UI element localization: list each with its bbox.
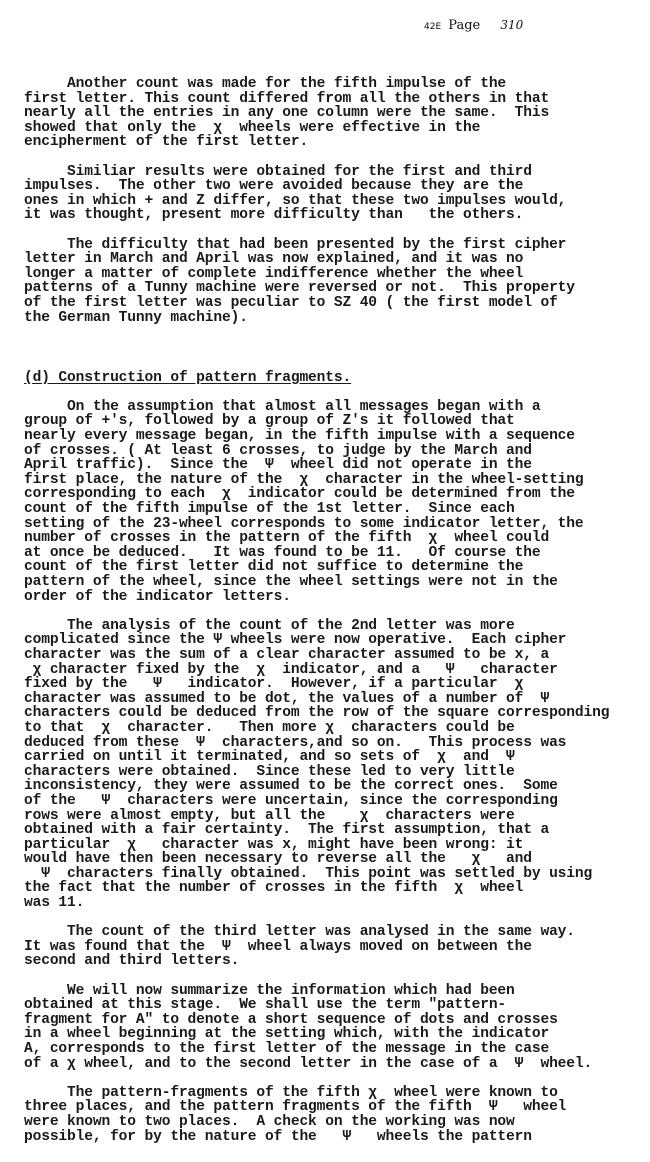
section-paragraphs: On the assumption that almost all messag… (24, 400, 644, 1144)
text-line: character was the sum of a clear charact… (24, 648, 644, 663)
document-reference: 42E (424, 22, 441, 32)
text-line: the German Tunny machine). (24, 311, 644, 326)
text-line: ones in which + and Z differ, so that th… (24, 194, 644, 209)
text-line: it was thought, present more difficulty … (24, 208, 644, 223)
paragraph: On the assumption that almost all messag… (24, 400, 644, 604)
paragraph: Another count was made for the fifth imp… (24, 77, 644, 150)
text-line: at once be deduced. It was found to be 1… (24, 546, 644, 561)
text-line: The count of the third letter was analys… (24, 925, 644, 940)
text-line: showed that only the χ wheels were effec… (24, 121, 644, 136)
text-line: order of the indicator letters. (24, 590, 644, 605)
text-line: of the first letter was peculiar to SZ 4… (24, 296, 644, 311)
page-number: 310 (500, 18, 523, 32)
text-line: patterns of a Tunny machine were reverse… (24, 281, 644, 296)
text-line: would have then been necessary to revers… (24, 852, 644, 867)
paragraph: Similiar results were obtained for the f… (24, 165, 644, 223)
text-line: corresponding to each χ indicator could … (24, 487, 644, 502)
text-line: pattern of the wheel, since the wheel se… (24, 575, 644, 590)
text-line: count of the fifth impulse of the 1st le… (24, 502, 644, 517)
text-line: Ψ characters finally obtained. This poin… (24, 867, 644, 882)
text-line: We will now summarize the information wh… (24, 984, 644, 999)
text-line: inconsistency, they were assumed to be t… (24, 779, 644, 794)
text-line: of a χ wheel, and to the second letter i… (24, 1057, 644, 1072)
intro-paragraphs: Another count was made for the fifth imp… (24, 77, 644, 325)
text-line: fragment for A" to denote a short sequen… (24, 1013, 644, 1028)
paragraph: The analysis of the count of the 2nd let… (24, 619, 644, 911)
text-line: It was found that the Ψ wheel always mov… (24, 940, 644, 955)
text-line: Similiar results were obtained for the f… (24, 165, 644, 180)
section-heading: (d) Construction of pattern fragments. (24, 371, 644, 386)
text-line: encipherment of the first letter. (24, 135, 644, 150)
page-label: Page (448, 18, 480, 33)
text-line: The pattern-fragments of the fifth χ whe… (24, 1086, 644, 1101)
text-line: characters could be deduced from the row… (24, 706, 644, 721)
text-line: carried on until it terminated, and so s… (24, 750, 644, 765)
text-line: On the assumption that almost all messag… (24, 400, 644, 415)
text-line: fixed by the Ψ indicator. However, if a … (24, 677, 644, 692)
text-line: nearly every message began, in the fifth… (24, 429, 644, 444)
page-header: 42E Page 310 (424, 18, 523, 33)
text-line: deduced from these Ψ characters,and so o… (24, 736, 644, 751)
text-line: of the Ψ characters were uncertain, sinc… (24, 794, 644, 809)
text-line: group of +'s, followed by a group of Z's… (24, 414, 644, 429)
text-line: Another count was made for the fifth imp… (24, 77, 644, 92)
text-line: first letter. This count differed from a… (24, 92, 644, 107)
text-line: The difficulty that had been presented b… (24, 238, 644, 253)
text-line: April traffic). Since the Ψ wheel did no… (24, 458, 644, 473)
text-line: setting of the 23-wheel corresponds to s… (24, 517, 644, 532)
text-line: obtained at this stage. We shall use the… (24, 998, 644, 1013)
text-line: of crosses. ( At least 6 crosses, to jud… (24, 444, 644, 459)
text-line: particular χ character was x, might have… (24, 838, 644, 853)
text-line: to that χ character. Then more χ charact… (24, 721, 644, 736)
paragraph: The difficulty that had been presented b… (24, 238, 644, 326)
text-line: second and third letters. (24, 954, 644, 969)
text-line: count of the first letter did not suffic… (24, 560, 644, 575)
text-line: complicated since the Ψ wheels were now … (24, 633, 644, 648)
text-line: The analysis of the count of the 2nd let… (24, 619, 644, 634)
text-line: obtained with a fair certainty. The firs… (24, 823, 644, 838)
paragraph: The count of the third letter was analys… (24, 925, 644, 969)
text-line: first place, the nature of the χ charact… (24, 473, 644, 488)
text-line: χ character fixed by the χ indicator, an… (24, 663, 644, 678)
document-body: Another count was made for the fifth imp… (24, 77, 644, 1159)
text-line: was 11. (24, 896, 644, 911)
text-line: the fact that the number of crosses in t… (24, 881, 644, 896)
text-line: were known to two places. A check on the… (24, 1115, 644, 1130)
text-line: letter in March and April was now explai… (24, 252, 644, 267)
text-line: rows were almost empty, but all the χ ch… (24, 809, 644, 824)
text-line: nearly all the entries in any one column… (24, 106, 644, 121)
text-line: number of crosses in the pattern of the … (24, 531, 644, 546)
text-line: three places, and the pattern fragments … (24, 1100, 644, 1115)
text-line: longer a matter of complete indifference… (24, 267, 644, 282)
text-line: characters were obtained. Since these le… (24, 765, 644, 780)
text-line: character was assumed to be dot, the val… (24, 692, 644, 707)
text-line: possible, for by the nature of the Ψ whe… (24, 1130, 644, 1145)
text-line: in a wheel beginning at the setting whic… (24, 1027, 644, 1042)
text-line: impulses. The other two were avoided bec… (24, 179, 644, 194)
document-page: 42E Page 310 Another count was made for … (0, 0, 650, 1162)
paragraph: We will now summarize the information wh… (24, 984, 644, 1072)
paragraph: The pattern-fragments of the fifth χ whe… (24, 1086, 644, 1144)
text-line: A, corresponds to the first letter of th… (24, 1042, 644, 1057)
